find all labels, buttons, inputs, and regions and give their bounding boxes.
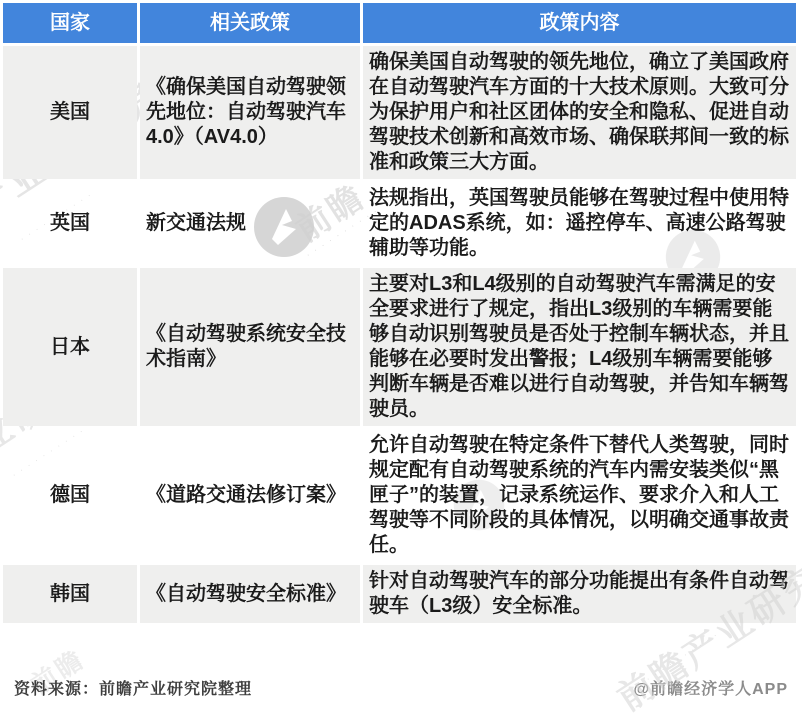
col-header-content: 政策内容 [363, 3, 796, 43]
policy-table: 国家 相关政策 政策内容 美国 《确保美国自动驾驶领先地位：自动驾驶汽车4.0》… [0, 0, 799, 626]
col-header-country: 国家 [3, 3, 137, 43]
policy-table-page: 产业研究院 · · · · · · · · · · 前瞻 · · · · · ·… [0, 0, 802, 720]
cell-policy: 《自动驾驶安全标准》 [140, 565, 360, 623]
cell-policy: 新交通法规 [140, 182, 360, 265]
cell-policy: 《道路交通法修订案》 [140, 429, 360, 562]
cell-content: 针对自动驾驶汽车的部分功能提出有条件自动驾驶车（L3级）安全标准。 [363, 565, 796, 623]
table-row-germany: 德国 《道路交通法修订案》 允许自动驾驶在特定条件下替代人类驾驶，同时规定配有自… [3, 429, 796, 562]
cell-content: 确保美国自动驾驶的领先地位，确立了美国政府在自动驾驶汽车方面的十大技术原则。大致… [363, 46, 796, 179]
table-row-korea: 韩国 《自动驾驶安全标准》 针对自动驾驶汽车的部分功能提出有条件自动驾驶车（L3… [3, 565, 796, 623]
credit-note: @前瞻经济学人APP [633, 676, 788, 699]
table-header-row: 国家 相关政策 政策内容 [3, 3, 796, 43]
source-note: 资料来源：前瞻产业研究院整理 [14, 676, 252, 699]
table-row-usa: 美国 《确保美国自动驾驶领先地位：自动驾驶汽车4.0》（AV4.0） 确保美国自… [3, 46, 796, 179]
cell-content: 主要对L3和L4级别的自动驾驶汽车需满足的安全要求进行了规定，指出L3级别的车辆… [363, 268, 796, 426]
cell-content: 法规指出，英国驾驶员能够在驾驶过程中使用特定的ADAS系统，如：遥控停车、高速公… [363, 182, 796, 265]
cell-country: 英国 [3, 182, 137, 265]
table-row-japan: 日本 《自动驾驶系统安全技术指南》 主要对L3和L4级别的自动驾驶汽车需满足的安… [3, 268, 796, 426]
footer: 资料来源：前瞻产业研究院整理 @前瞻经济学人APP [14, 676, 788, 699]
cell-content: 允许自动驾驶在特定条件下替代人类驾驶，同时规定配有自动驾驶系统的汽车内需安装类似… [363, 429, 796, 562]
cell-country: 日本 [3, 268, 137, 426]
cell-policy: 《自动驾驶系统安全技术指南》 [140, 268, 360, 426]
col-header-policy: 相关政策 [140, 3, 360, 43]
cell-policy: 《确保美国自动驾驶领先地位：自动驾驶汽车4.0》（AV4.0） [140, 46, 360, 179]
cell-country: 韩国 [3, 565, 137, 623]
cell-country: 美国 [3, 46, 137, 179]
table-row-uk: 英国 新交通法规 法规指出，英国驾驶员能够在驾驶过程中使用特定的ADAS系统，如… [3, 182, 796, 265]
cell-country: 德国 [3, 429, 137, 562]
